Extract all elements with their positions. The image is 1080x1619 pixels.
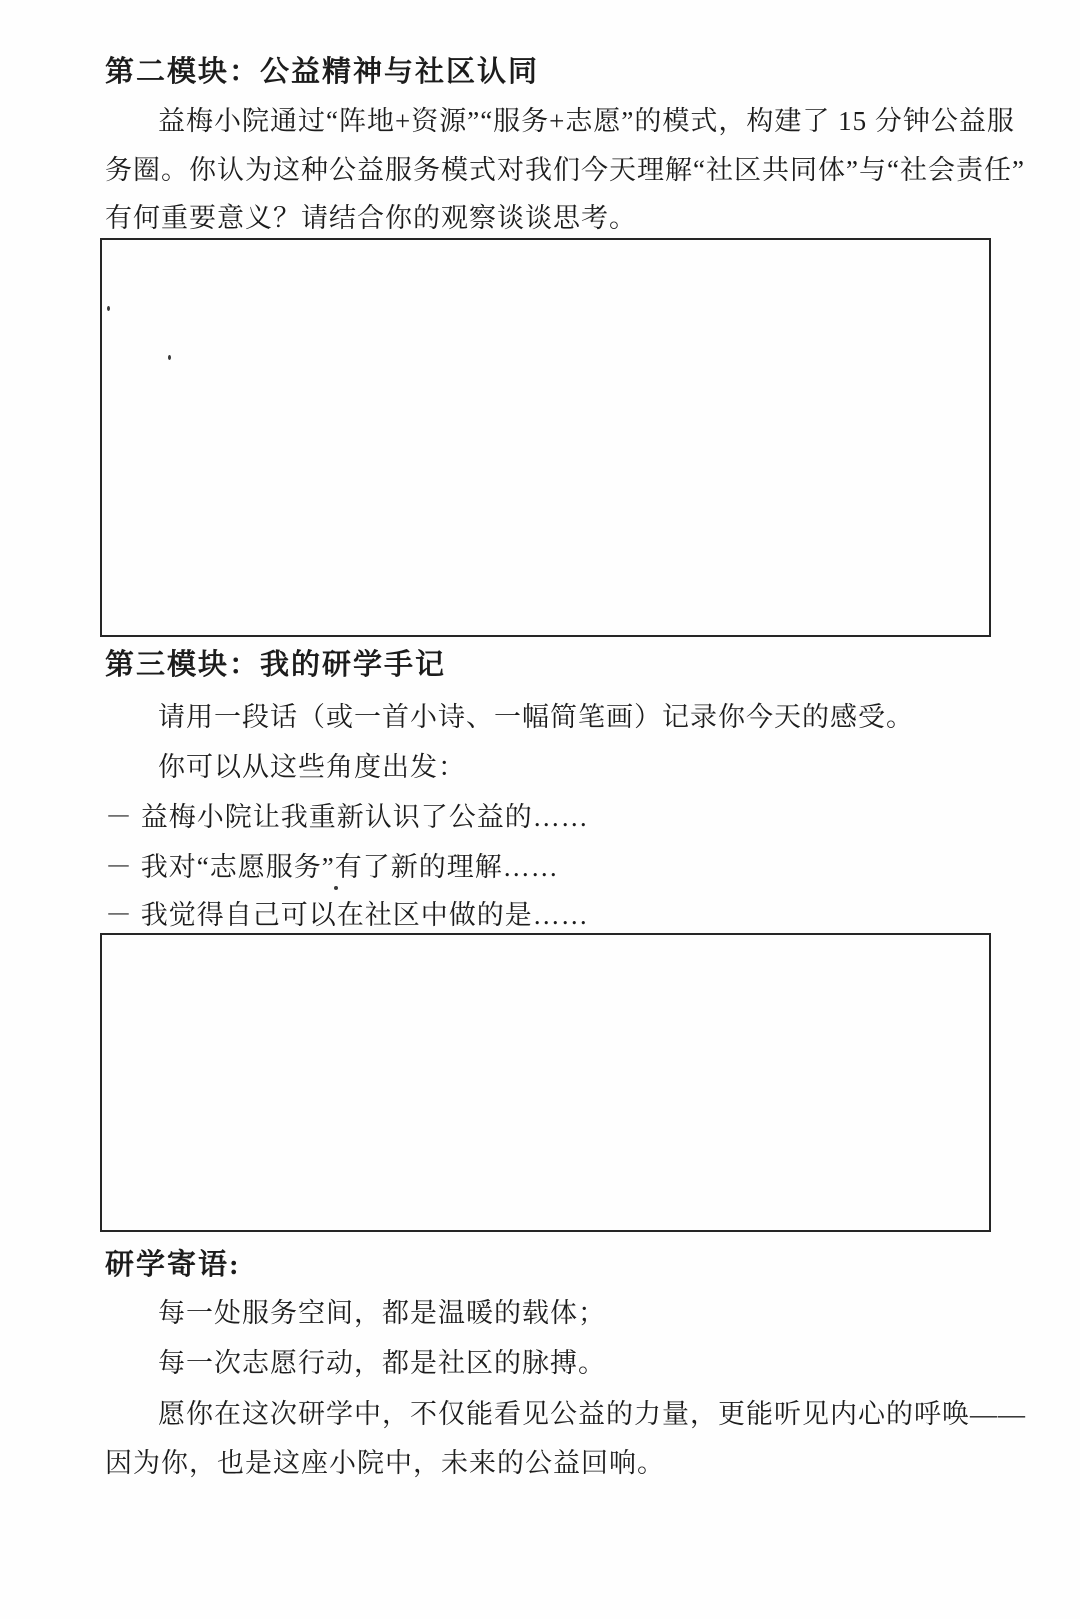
scan-speck (168, 355, 171, 360)
module3-bullet: － 我觉得自己可以在社区中做的是…… (105, 898, 589, 932)
closing-line: 每一处服务空间，都是温暖的载体； (158, 1296, 606, 1330)
closing-heading: 研学寄语: (105, 1248, 241, 1282)
module3-answer-box[interactable] (100, 933, 991, 1232)
module3-intro-line: 你可以从这些角度出发： (158, 750, 466, 784)
closing-line: 愿你在这次研学中，不仅能看见公益的力量，更能听见内心的呼唤—— (158, 1397, 1026, 1431)
scan-speck (107, 306, 110, 311)
closing-line: 因为你，也是这座小院中，未来的公益回响。 (105, 1446, 665, 1480)
module3-heading: 第三模块：我的研学手记 (105, 648, 446, 682)
module2-paragraph-line: 有何重要意义？请结合你的观察谈谈思考。 (105, 201, 637, 235)
module2-paragraph-line: 益梅小院通过“阵地+资源”“服务+志愿”的模式，构建了 15 分钟公益服 (158, 104, 1015, 138)
module2-paragraph-line: 务圈。你认为这种公益服务模式对我们今天理解“社区共同体”与“社会责任” (105, 153, 1025, 187)
module2-answer-box[interactable] (100, 238, 991, 637)
worksheet-page: 第二模块：公益精神与社区认同 益梅小院通过“阵地+资源”“服务+志愿”的模式，构… (0, 0, 1080, 1619)
module3-bullet: － 益梅小院让我重新认识了公益的…… (105, 800, 589, 834)
module2-heading: 第二模块：公益精神与社区认同 (105, 55, 539, 89)
module3-bullet: － 我对“志愿服务”有了新的理解…… (105, 850, 559, 884)
module3-intro-line: 请用一段话（或一首小诗、一幅简笔画）记录你今天的感受。 (158, 700, 914, 734)
closing-line: 每一次志愿行动，都是社区的脉搏。 (158, 1346, 606, 1380)
scan-speck (334, 886, 338, 890)
